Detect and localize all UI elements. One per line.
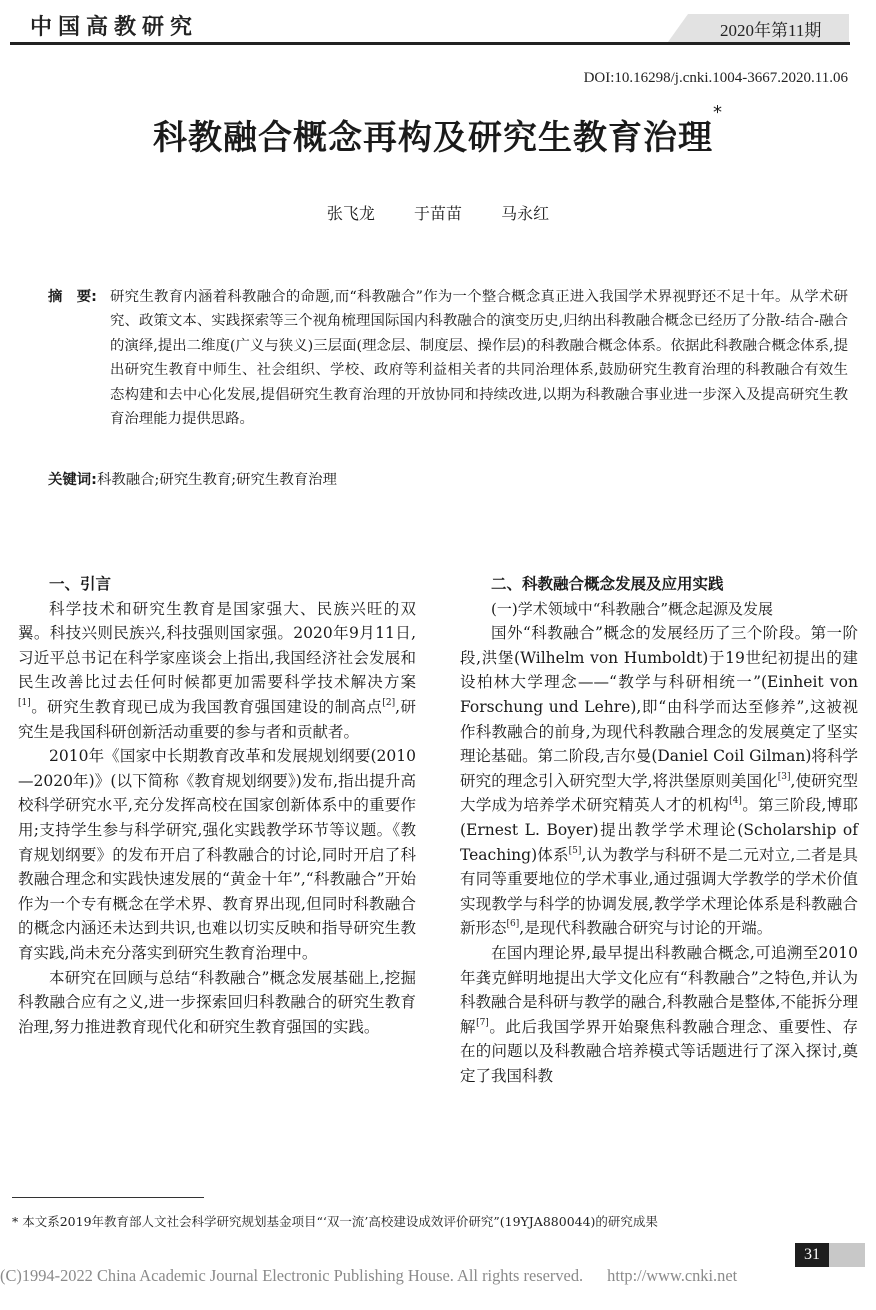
article-title: 科教融合概念再构及研究生教育治理* <box>0 110 876 159</box>
right-paragraphs: 国外“科教融合”概念的发展经历了三个阶段。第一阶段,洪堡(Wilhelm von… <box>460 621 858 1088</box>
abstract-text: 研究生教育内涵着科教融合的命题,而“科教融合”作为一个整合概念真正进入我国学术界… <box>110 285 848 431</box>
paragraph: 科学技术和研究生教育是国家强大、民族兴旺的双翼。科技兴则民族兴,科技强则国家强。… <box>18 597 416 745</box>
abstract-label: 摘 要: <box>48 285 112 309</box>
abstract-body: 研究生教育内涵着科教融合的命题,而“科教融合”作为一个整合概念真正进入我国学术界… <box>48 285 848 431</box>
paragraph: 在国内理论界,最早提出科教融合概念,可追溯至2010年龚克鲜明地提出大学文化应有… <box>460 941 858 1089</box>
journal-name: 中国高教研究 <box>30 10 198 41</box>
issue-label: 2020年第11期 <box>720 16 821 41</box>
subsection-title-academic-origin: (一)学术领域中“科教融合”概念起源及发展 <box>460 597 858 622</box>
copyright-line: (C)1994-2022 China Academic Journal Elec… <box>0 1266 737 1286</box>
cnki-link[interactable]: http://www.cnki.net <box>607 1266 737 1285</box>
section-title-concept-development: 二、科教融合概念发展及应用实践 <box>460 572 858 597</box>
doi: DOI:10.16298/j.cnki.1004-3667.2020.11.06 <box>584 70 848 87</box>
footnote: * 本文系2019年教育部人文社会科学研究规划基金项目“‘双一流’高校建设成效评… <box>12 1212 658 1230</box>
title-footnote-mark: * <box>713 102 723 123</box>
keywords-label: 关键词: <box>48 472 97 488</box>
left-column: 一、引言 科学技术和研究生教育是国家强大、民族兴旺的双翼。科技兴则民族兴,科技强… <box>18 572 416 1039</box>
author: 马永红 <box>501 204 549 223</box>
paragraph: 本研究在回顾与总结“科教融合”概念发展基础上,挖掘科教融合应有之义,进一步探索回… <box>18 966 416 1040</box>
citation-ref[interactable]: [5] <box>569 846 582 856</box>
page-number: 31 <box>795 1243 829 1267</box>
right-column: 二、科教融合概念发展及应用实践 (一)学术领域中“科教融合”概念起源及发展 国外… <box>460 572 858 1088</box>
author-list: 张飞龙 于苗苗 马永红 <box>0 201 876 224</box>
author: 张飞龙 <box>327 204 375 223</box>
citation-ref[interactable]: [2] <box>382 698 395 708</box>
keywords-text: 科教融合;研究生教育;研究生教育治理 <box>97 472 337 488</box>
left-paragraphs: 科学技术和研究生教育是国家强大、民族兴旺的双翼。科技兴则民族兴,科技强则国家强。… <box>18 597 416 1040</box>
section-title-introduction: 一、引言 <box>18 572 416 597</box>
citation-ref[interactable]: [1] <box>18 698 31 708</box>
article-title-text: 科教融合概念再构及研究生教育治理 <box>153 118 713 158</box>
abstract: 摘 要: 研究生教育内涵着科教融合的命题,而“科教融合”作为一个整合概念真正进入… <box>48 285 848 431</box>
citation-ref[interactable]: [6] <box>507 919 520 929</box>
paragraph: 国外“科教融合”概念的发展经历了三个阶段。第一阶段,洪堡(Wilhelm von… <box>460 621 858 941</box>
copyright-text: (C)1994-2022 China Academic Journal Elec… <box>0 1266 583 1285</box>
page-number-tab <box>829 1243 865 1267</box>
citation-ref[interactable]: [4] <box>729 796 742 806</box>
keywords: 关键词:科教融合;研究生教育;研究生教育治理 <box>48 468 337 489</box>
paragraph: 2010年《国家中长期教育改革和发展规划纲要(2010—2020年)》(以下简称… <box>18 744 416 965</box>
author: 于苗苗 <box>414 204 462 223</box>
citation-ref[interactable]: [3] <box>778 772 791 782</box>
footnote-rule <box>12 1197 204 1198</box>
citation-ref[interactable]: [7] <box>476 1018 489 1028</box>
header-rule <box>10 42 850 45</box>
